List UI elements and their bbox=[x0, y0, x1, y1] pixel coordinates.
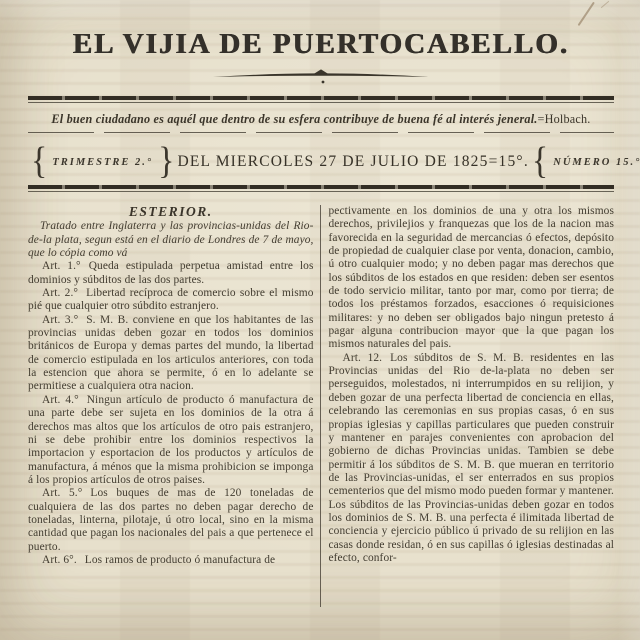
article-columns: ESTERIOR.Tratado entre Inglaterra y las … bbox=[28, 205, 614, 607]
article-paragraph: Art. 12.Los súbditos de S. M. B. residen… bbox=[329, 352, 615, 566]
page-title: EL VIJIA DE PUERTOCABELLO. bbox=[28, 26, 614, 62]
trimester-label: TRIMESTRE 2.° bbox=[50, 157, 155, 168]
motto-line: El buen ciudadano es aquél que dentro de… bbox=[28, 112, 614, 133]
article-paragraph: Art. 6°.Los ramos de producto ó manufact… bbox=[28, 554, 314, 567]
issue-number-badge: { NÚMERO 15.° } bbox=[529, 145, 640, 179]
brace-open-glyph: { bbox=[529, 143, 551, 181]
article-number: Art. 5.° bbox=[42, 487, 90, 499]
article-number: Art. 1.° bbox=[42, 260, 89, 272]
segmented-double-rule bbox=[28, 185, 614, 189]
motto-text: El buen ciudadano es aquél que dentro de… bbox=[51, 112, 537, 126]
dateline: { TRIMESTRE 2.° } DEL MIERCOLES 27 DE JU… bbox=[28, 141, 614, 183]
issue-number-label: NÚMERO 15.° bbox=[551, 157, 640, 168]
article-number: Art. 2.° bbox=[42, 287, 86, 299]
article-paragraph: Art. 3.°S. M. B. conviene en que los hab… bbox=[28, 314, 314, 394]
article-paragraph: pectivamente en los dominios de una y ot… bbox=[329, 205, 615, 352]
article-paragraph: Art. 4.°Ningun artículo de producto ó ma… bbox=[28, 394, 314, 487]
trimester-badge: { TRIMESTRE 2.° } bbox=[28, 145, 177, 179]
article-number: Art. 12. bbox=[343, 352, 391, 364]
article-number: Art. 4.° bbox=[42, 394, 87, 406]
swelled-rule-ornament-icon bbox=[28, 68, 614, 86]
left-column: ESTERIOR.Tratado entre Inglaterra y las … bbox=[28, 205, 320, 607]
article-number: Art. 6°. bbox=[42, 554, 85, 566]
section-heading: ESTERIOR. bbox=[28, 205, 314, 218]
segmented-double-rule bbox=[28, 96, 614, 100]
article-paragraph: Tratado entre Inglaterra y las provincia… bbox=[28, 220, 314, 260]
article-number: Art. 3.° bbox=[42, 314, 86, 326]
masthead: EL VIJIA DE PUERTOCABELLO. bbox=[28, 26, 614, 86]
article-paragraph: Art. 1.°Queda estipulada perpetua amista… bbox=[28, 260, 314, 287]
brace-open-glyph: { bbox=[28, 143, 50, 181]
right-column: pectivamente en los dominios de una y ot… bbox=[321, 205, 615, 607]
article-paragraph: Art. 2.°Libertad recíproca de comercio s… bbox=[28, 287, 314, 314]
motto-attribution: =Holbach. bbox=[538, 112, 591, 126]
newspaper-page: EL VIJIA DE PUERTOCABELLO. El buen ciuda… bbox=[0, 0, 640, 640]
issue-date: DEL MIERCOLES 27 DE JULIO DE 1825=15°. bbox=[177, 153, 528, 171]
article-paragraph: Art. 5.°Los buques de mas de 120 tonelad… bbox=[28, 487, 314, 554]
brace-close-glyph: } bbox=[155, 143, 177, 181]
